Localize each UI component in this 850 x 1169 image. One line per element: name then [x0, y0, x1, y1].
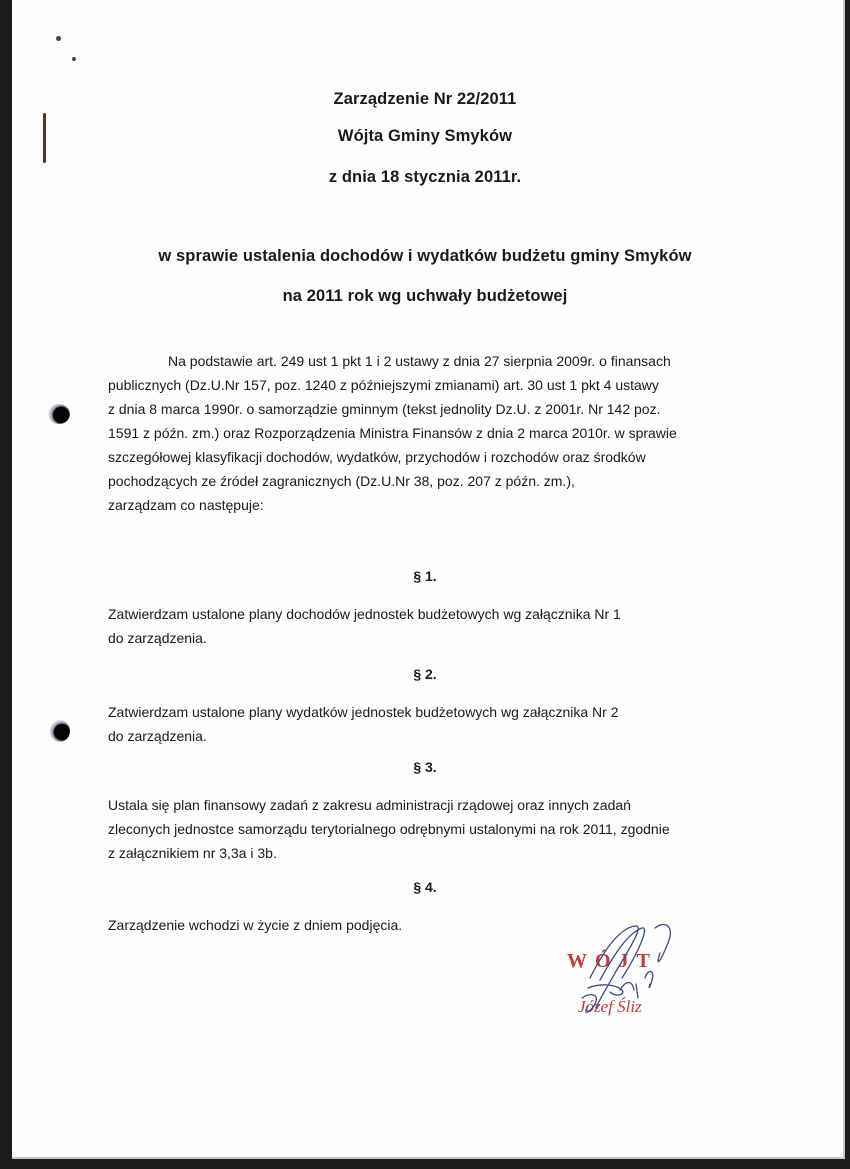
section-line: do zarządzenia.: [108, 626, 621, 650]
signature-icon: [560, 918, 690, 1028]
punch-hole: [50, 720, 70, 742]
section-3-heading: § 3.: [0, 759, 850, 775]
preamble-line: z dnia 8 marca 1990r. o samorządzie gmin…: [108, 397, 677, 421]
section-line: Ustala się plan finansowy zadań z zakres…: [108, 793, 670, 817]
subject-line-2: na 2011 rok wg uchwały budżetowej: [0, 287, 850, 306]
preamble-line: pochodzących ze źródeł zagranicznych (Dz…: [108, 469, 677, 493]
punch-hole: [48, 404, 70, 424]
section-4-heading: § 4.: [0, 879, 850, 895]
issuer: Wójta Gminy Smyków: [0, 127, 850, 146]
section-1-heading: § 1.: [0, 568, 850, 584]
section-line: Zatwierdzam ustalone plany wydatków jedn…: [108, 700, 618, 724]
section-1-text: Zatwierdzam ustalone plany dochodów jedn…: [108, 602, 621, 650]
section-line: zleconych jednostce samorządu terytorial…: [108, 817, 670, 841]
preamble-line: Na podstawie art. 249 ust 1 pkt 1 i 2 us…: [108, 349, 677, 373]
section-2-heading: § 2.: [0, 666, 850, 682]
preamble-line: publicznych (Dz.U.Nr 157, poz. 1240 z pó…: [108, 373, 677, 397]
preamble-line: 1591 z późn. zm.) oraz Rozporządzenia Mi…: [108, 421, 677, 445]
date: z dnia 18 stycznia 2011r.: [0, 168, 850, 187]
section-3-text: Ustala się plan finansowy zadań z zakres…: [108, 793, 670, 865]
section-line: Zarządzenie wchodzi w życie z dniem podj…: [108, 913, 402, 937]
document-title: Zarządzenie Nr 22/2011: [0, 90, 850, 109]
section-line: z załącznikiem nr 3,3a i 3b.: [108, 841, 670, 865]
speck: [56, 36, 61, 41]
speck: [72, 57, 76, 61]
subject-line-1: w sprawie ustalenia dochodów i wydatków …: [0, 247, 850, 266]
preamble-line: szczegółowej klasyfikacji dochodów, wyda…: [108, 445, 677, 469]
preamble: Na podstawie art. 249 ust 1 pkt 1 i 2 us…: [108, 349, 677, 517]
section-line: do zarządzenia.: [108, 724, 618, 748]
section-line: Zatwierdzam ustalone plany dochodów jedn…: [108, 602, 621, 626]
preamble-line: zarządzam co następuje:: [108, 493, 677, 517]
section-4-text: Zarządzenie wchodzi w życie z dniem podj…: [108, 913, 402, 937]
section-2-text: Zatwierdzam ustalone plany wydatków jedn…: [108, 700, 618, 748]
